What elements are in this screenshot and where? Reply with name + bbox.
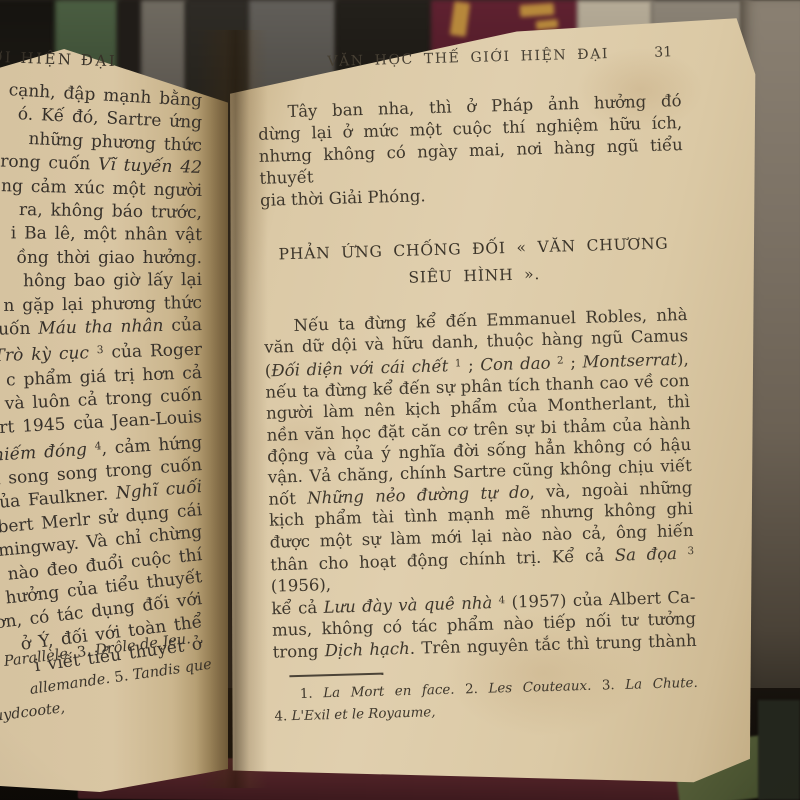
right-page-content: VĂN HỌC THẾ GIỚI HIỆN ĐẠI 31 Tây ban nha… (256, 44, 699, 729)
left-page-text-line: hông bao giờ lấy lại (0, 269, 202, 293)
section-heading: PHẢN ỨNG CHỐNG ĐỐI « VĂN CHƯƠNG SIÊU HÌN… (261, 230, 686, 296)
left-page-text-line: ồng thời giao hưởng. (0, 247, 202, 270)
body-paragraph: Nếu ta đừng kể đến Emmanuel Robles, nhàv… (263, 304, 697, 663)
photo-of-open-book: ỚI HIỆN ĐẠI cạnh, đập mạnh bằngó. Kế đó,… (0, 0, 800, 800)
gold-lettering-blur (520, 3, 555, 17)
left-page-text-line: i Ba lê, một nhân vật (0, 222, 202, 247)
shadow-corner (758, 700, 800, 800)
intro-paragraph: Tây ban nha, thì ở Pháp ảnh hưởng đódừng… (257, 90, 684, 212)
left-page-text-line: ra, không báo trước, (0, 198, 202, 225)
left-page-footnotes: Parallèle. 3. Drôle de Jeu.allemande. 5.… (0, 648, 240, 732)
page-number: 31 (654, 44, 672, 60)
left-page-text-column: cạnh, đập mạnh bằngó. Kế đó, Sartre ứngn… (0, 90, 202, 656)
footnote-separator-rule (289, 673, 383, 678)
